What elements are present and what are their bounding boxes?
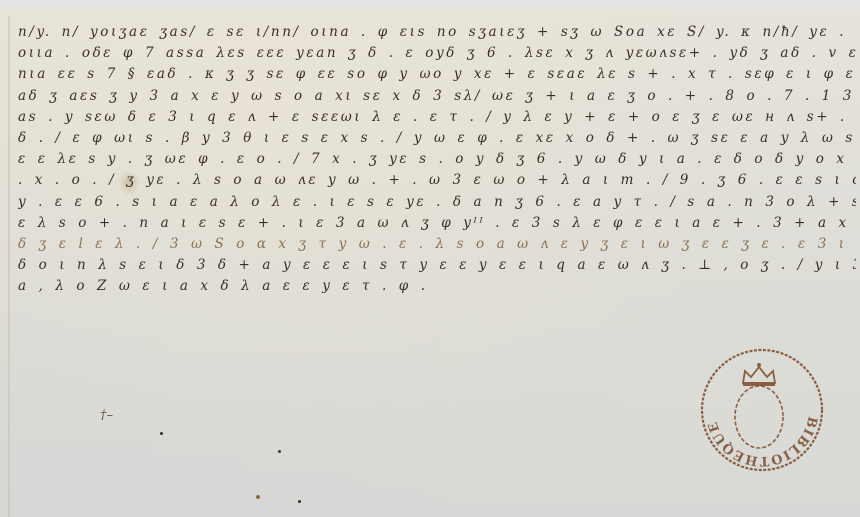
ink-speck: [160, 432, 163, 435]
cipher-line-2: oιιa . oδε φ 7 assa λεs εεε yεan ʒ δ . ε…: [18, 43, 856, 64]
cipher-line-5: as . y sεω δ ε 3 ι q ε ʌ + ε sεεωι λ ε .…: [18, 107, 856, 128]
cipher-line-8: . x . o . / ʒ yε . λ s o a ω ʌε y ω . + …: [18, 170, 856, 191]
cipher-line-12: δ o ι n λ s ε ι δ 3 δ + a y ε ε ε ι s τ …: [18, 255, 856, 276]
cipher-line-10: ε λ s o + . n a ι ε s ε + . ι ε 3 a ω ʌ …: [18, 213, 856, 234]
cipher-line-4: aδ ʒ aεs ʒ y 3 a x ε y ω s o a xι sε x δ…: [18, 86, 856, 107]
ink-speck: [298, 500, 301, 503]
cipher-line-3: nιa εε s 7 § εaδ . κ ʒ ʒ sε φ εε so φ y …: [18, 64, 856, 85]
cipher-line-1: n/y. n/ yoιʒaε ʒas/ ε sε ι/nn/ oιna . φ …: [18, 22, 856, 43]
ink-speck: [256, 495, 260, 499]
ink-speck: [278, 450, 281, 453]
stray-ink-mark: †–: [100, 408, 113, 423]
cipher-line-6: δ . / ε φ ωι s . β y 3 θ ι ε s ε x s . /…: [18, 128, 856, 149]
paper-edge: [8, 16, 10, 517]
cipher-line-9: y . ε ε 6 . s ι a ε a λ o λ ε . ι ε s ε …: [18, 192, 856, 213]
cipher-line-7: ε ε λε s y . ʒ ωε φ . ε o . / 7 x . ʒ yε…: [18, 149, 856, 170]
manuscript-photograph: n/y. n/ yoιʒaε ʒas/ ε sε ι/nn/ oιna . φ …: [0, 0, 860, 517]
stamp-seal-icon: BIBLIOTHEQUE ROYALE: [697, 345, 827, 475]
crown-icon: [743, 363, 775, 386]
cipher-line-11: δ ʒ ε l ε λ . / 3 ω S o α x ʒ τ y ω . ε …: [18, 234, 856, 255]
library-stamp: BIBLIOTHEQUE ROYALE: [697, 345, 827, 475]
cipher-line-13: a , λ o Ζ ω ε ι a x δ λ a ε ε y ε τ . φ …: [18, 276, 856, 297]
cipher-text-block: n/y. n/ yoιʒaε ʒas/ ε sε ι/nn/ oιna . φ …: [18, 22, 856, 297]
